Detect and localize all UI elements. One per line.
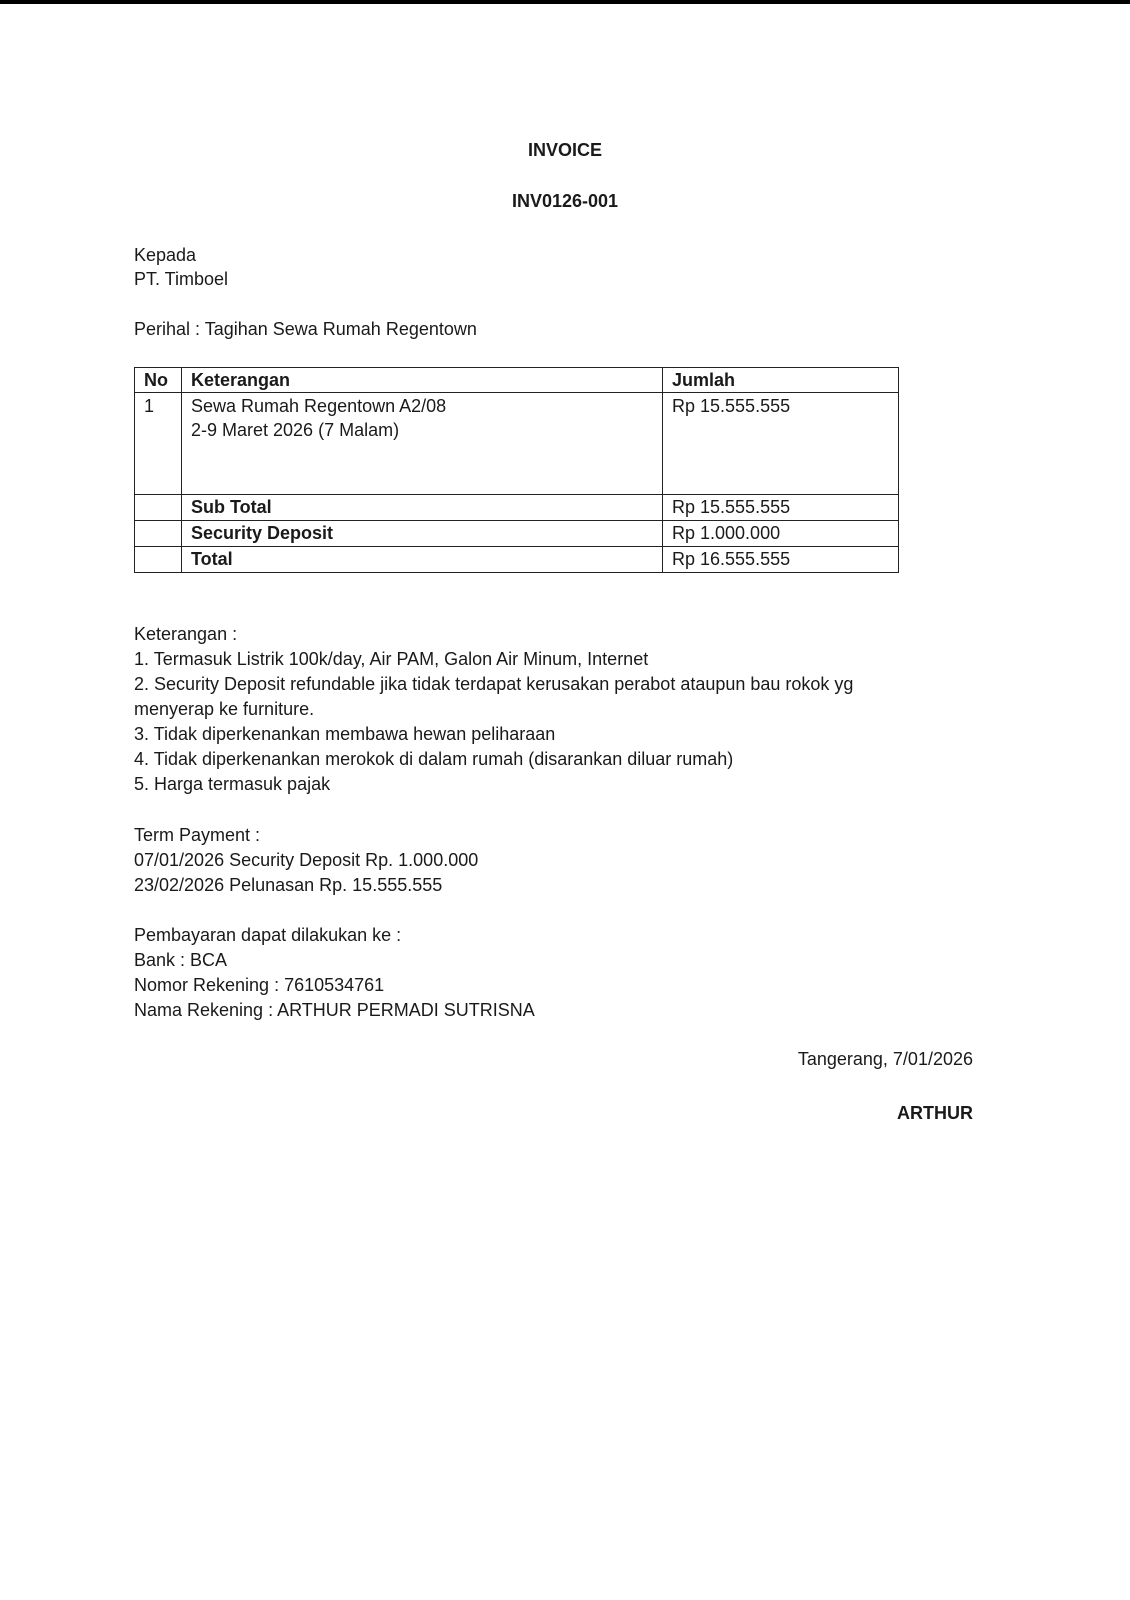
payment-heading: Pembayaran dapat dilakukan ke : [134,923,535,948]
document-title: INVOICE [0,138,1130,163]
table-row: 1 Sewa Rumah Regentown A2/08 2-9 Maret 2… [135,393,899,495]
note-line: 2. Security Deposit refundable jika tida… [134,672,853,697]
note-line: 5. Harga termasuk pajak [134,772,853,797]
subtotal-row: Sub Total Rp 15.555.555 [135,495,899,521]
header-no: No [135,368,182,393]
notes-section: Keterangan : 1. Termasuk Listrik 100k/da… [134,622,853,797]
item-description-line: Sewa Rumah Regentown A2/08 [191,394,662,418]
account-number: Nomor Rekening : 7610534761 [134,973,535,998]
item-description-line: 2-9 Maret 2026 (7 Malam) [191,418,662,442]
deposit-label: Security Deposit [182,521,663,547]
term-payment-section: Term Payment : 07/01/2026 Security Depos… [134,823,478,898]
total-row: Total Rp 16.555.555 [135,547,899,573]
recipient-name: PT. Timboel [134,267,228,292]
term-payment-line: 07/01/2026 Security Deposit Rp. 1.000.00… [134,848,478,873]
term-payment-heading: Term Payment : [134,823,478,848]
note-line: 4. Tidak diperkenankan merokok di dalam … [134,747,853,772]
subject-line: Perihal : Tagihan Sewa Rumah Regentown [134,317,477,342]
invoice-table: No Keterangan Jumlah 1 Sewa Rumah Regent… [134,367,899,573]
header-description: Keterangan [182,368,663,393]
term-payment-line: 23/02/2026 Pelunasan Rp. 15.555.555 [134,873,478,898]
table-header-row: No Keterangan Jumlah [135,368,899,393]
deposit-amount: Rp 1.000.000 [663,521,899,547]
empty-cell [135,495,182,521]
empty-cell [135,521,182,547]
subtotal-label: Sub Total [182,495,663,521]
bank-name: Bank : BCA [134,948,535,973]
total-amount: Rp 16.555.555 [663,547,899,573]
signatory-name: ARTHUR [897,1101,973,1126]
notes-heading: Keterangan : [134,622,853,647]
account-name: Nama Rekening : ARTHUR PERMADI SUTRISNA [134,998,535,1023]
item-amount: Rp 15.555.555 [663,393,899,495]
note-line: menyerap ke furniture. [134,697,853,722]
item-description: Sewa Rumah Regentown A2/08 2-9 Maret 202… [182,393,663,495]
note-line: 3. Tidak diperkenankan membawa hewan pel… [134,722,853,747]
empty-cell [135,547,182,573]
invoice-number: INV0126-001 [0,189,1130,214]
total-label: Total [182,547,663,573]
subtotal-amount: Rp 15.555.555 [663,495,899,521]
payment-info-section: Pembayaran dapat dilakukan ke : Bank : B… [134,923,535,1023]
top-border [0,0,1130,4]
item-no: 1 [135,393,182,495]
recipient-label: Kepada [134,243,196,268]
deposit-row: Security Deposit Rp 1.000.000 [135,521,899,547]
header-amount: Jumlah [663,368,899,393]
place-date: Tangerang, 7/01/2026 [798,1047,973,1072]
note-line: 1. Termasuk Listrik 100k/day, Air PAM, G… [134,647,853,672]
